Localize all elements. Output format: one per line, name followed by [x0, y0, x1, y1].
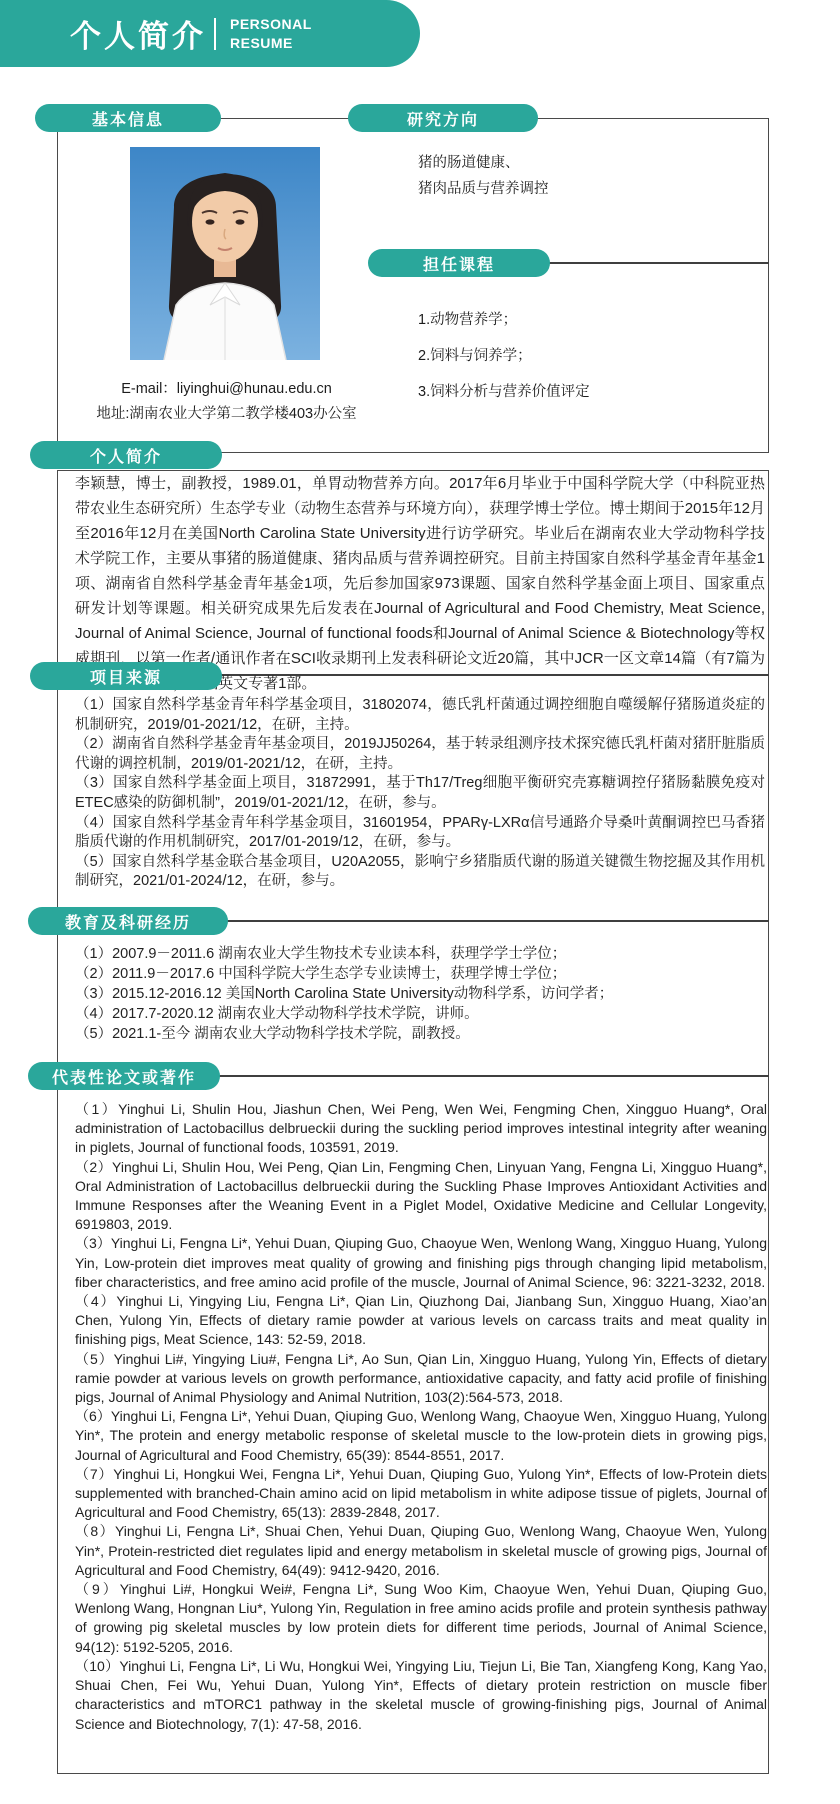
publication-item: （8）Yinghui Li, Fengna Li*, Shuai Chen, Y… [75, 1522, 767, 1580]
section-header-research-direction: 研究方向 [348, 104, 538, 132]
section-header-publications: 代表性论文或著作 [28, 1062, 220, 1090]
profile-photo [130, 147, 320, 360]
publication-item: （5）Yinghui Li#, Yingying Liu#, Fengna Li… [75, 1350, 767, 1408]
publication-item: （6）Yinghui Li, Fengna Li*, Yehui Duan, Q… [75, 1407, 767, 1465]
email-line: E-mail：liyinghui@hunau.edu.cn [57, 377, 396, 398]
project-item: （4）国家自然科学基金青年科学基金项目，31601954，PPARγ-LXRα信… [75, 814, 765, 853]
research-direction-line: 猪肉品质与营养调控 [418, 176, 748, 202]
section-header-education: 教育及科研经历 [28, 907, 228, 935]
project-item: （5）国家自然科学基金联合基金项目，U20A2055，影响宁乡猪脂质代谢的肠道关… [75, 853, 765, 892]
address-line: 地址:湖南农业大学第二教学楼403办公室 [57, 402, 396, 423]
page-header-banner: 个人简介 PERSONAL RESUME [0, 0, 420, 67]
course-item: 3.饲料分析与营养价值评定 [418, 382, 748, 402]
projects-list: （1）国家自然科学基金青年科学基金项目，31802074，德氏乳杆菌通过调控细胞… [75, 696, 765, 892]
page-subtitle: PERSONAL RESUME [230, 15, 312, 51]
project-item: （3）国家自然科学基金面上项目，31872991，基于Th17/Treg细胞平衡… [75, 774, 765, 813]
publication-item: （7）Yinghui Li, Hongkui Wei, Fengna Li*, … [75, 1465, 767, 1523]
research-direction-line: 猪的肠道健康、 [418, 150, 748, 176]
page-subtitle-line1: PERSONAL [230, 15, 312, 33]
publication-item: （2）Yinghui Li, Shulin Hou, Wei Peng, Qia… [75, 1158, 767, 1235]
title-divider [214, 18, 216, 50]
education-item: （3）2015.12-2016.12 美国North Carolina Stat… [75, 984, 765, 1004]
section-header-profile: 个人简介 [30, 441, 222, 469]
publication-item: （10）Yinghui Li, Fengna Li*, Li Wu, Hongk… [75, 1657, 767, 1734]
courses-list: 1.动物营养学； 2.饲料与饲养学； 3.饲料分析与营养价值评定 [418, 310, 748, 418]
course-item: 1.动物营养学； [418, 310, 748, 330]
page-title: 个人简介 [70, 11, 206, 56]
project-item: （1）国家自然科学基金青年科学基金项目，31802074，德氏乳杆菌通过调控细胞… [75, 696, 765, 735]
section-header-projects: 项目来源 [30, 662, 222, 690]
course-item: 2.饲料与饲养学； [418, 346, 748, 366]
section-header-basic-info: 基本信息 [35, 104, 221, 132]
education-list: （1）2007.9－2011.6 湖南农业大学生物技术专业读本科，获理学学士学位… [75, 944, 765, 1044]
education-item: （5）2021.1-至今 湖南农业大学动物科学技术学院，副教授。 [75, 1024, 765, 1044]
research-direction-text: 猪的肠道健康、 猪肉品质与营养调控 [418, 150, 748, 202]
education-item: （1）2007.9－2011.6 湖南农业大学生物技术专业读本科，获理学学士学位… [75, 944, 765, 964]
publication-item: （9）Yinghui Li#, Hongkui Wei#, Fengna Li*… [75, 1580, 767, 1657]
publication-item: （1）Yinghui Li, Shulin Hou, Jiashun Chen,… [75, 1100, 767, 1158]
section-header-courses: 担任课程 [368, 249, 550, 277]
publications-list: （1）Yinghui Li, Shulin Hou, Jiashun Chen,… [75, 1100, 767, 1734]
publication-item: （4）Yinghui Li, Yingying Liu, Fengna Li*,… [75, 1292, 767, 1350]
publication-item: （3）Yinghui Li, Fengna Li*, Yehui Duan, Q… [75, 1234, 767, 1292]
education-item: （4）2017.7-2020.12 湖南农业大学动物科学技术学院，讲师。 [75, 1004, 765, 1024]
resume-page: 个人简介 PERSONAL RESUME 基本信息 研究方向 担任课程 个人简介… [0, 0, 840, 1804]
education-item: （2）2011.9－2017.6 中国科学院大学生态学专业读博士，获理学博士学位… [75, 964, 765, 984]
page-subtitle-line2: RESUME [230, 34, 312, 52]
project-item: （2）湖南省自然科学基金青年基金项目，2019JJ50264，基于转录组测序技术… [75, 735, 765, 774]
